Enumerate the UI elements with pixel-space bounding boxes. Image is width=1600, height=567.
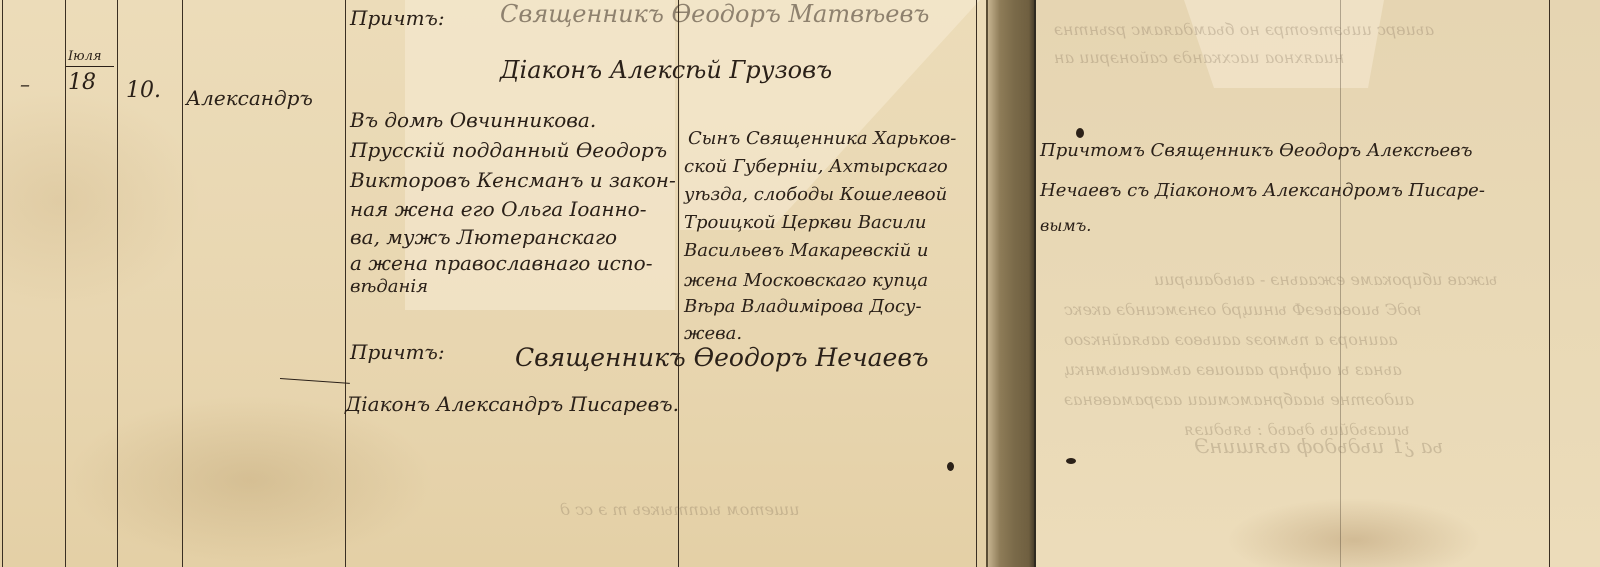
record-day: 18 bbox=[68, 72, 96, 94]
parents-line-7: вѣданія bbox=[350, 278, 428, 296]
record-entry-number: 10. bbox=[126, 80, 161, 102]
column-rule bbox=[2, 0, 3, 567]
ink-blot bbox=[947, 462, 954, 471]
book-spine bbox=[986, 0, 1039, 567]
officiants-line-2: Нечаевъ съ Діакономъ Александромъ Писаре… bbox=[1040, 182, 1485, 200]
column-rule bbox=[1549, 0, 1550, 567]
clergy-line-1: Священникъ Ѳеодоръ Нечаевъ bbox=[515, 345, 929, 370]
parents-line-2: Прусскій подданный Ѳеодоръ bbox=[350, 140, 667, 160]
carryover-clergy-label: Причтъ: bbox=[350, 8, 445, 28]
pen-stroke bbox=[280, 378, 350, 384]
month-underline bbox=[66, 66, 114, 67]
ink-blot bbox=[1066, 458, 1076, 464]
bleed-through: аьназ ы оифнар ааиоивэ аьмаеиыьмнкц bbox=[1064, 360, 1402, 379]
godparents-line-6: жена Московскаго купца bbox=[684, 272, 928, 290]
parents-line-1: Въ домѣ Овчинникова. bbox=[350, 110, 596, 130]
ink-blot bbox=[1076, 128, 1084, 138]
column-rule bbox=[1034, 0, 1036, 567]
column-rule bbox=[65, 0, 66, 567]
officiants-line-3: вымъ. bbox=[1040, 218, 1091, 234]
godparents-line-2: ской Губерніи, Ахтырскаго bbox=[684, 158, 948, 176]
bleed-through: аидоэтне ыаабрнамсмиаи ааэрамаввнаэ bbox=[1064, 390, 1414, 409]
bleed-through: ыжав ибирокаме ежааьнэ - аыьдаиьрии bbox=[1154, 270, 1498, 289]
carryover-clergy-line-1: Священникъ Ѳеодоръ Матвѣевъ bbox=[500, 2, 929, 26]
bleed-through: ишетом ыаптыкеь т э сс д bbox=[560, 500, 799, 519]
register-spread: Причтъ: Священникъ Ѳеодоръ Матвѣевъ Діак… bbox=[0, 0, 1600, 567]
column-rule bbox=[117, 0, 118, 567]
godparents-line-1: Сынъ Священника Харьков- bbox=[688, 130, 956, 148]
bleed-through: ааинорэ а пьмюэг ааиьвоэ ааьяайнкгоо bbox=[1064, 330, 1398, 349]
column-rule bbox=[678, 0, 679, 567]
parents-line-4: ная жена его Ольга Іоанно- bbox=[350, 199, 646, 219]
right-page: аьиврс ииьэтеотрэ но бьамдаяамс ргьнтнэ … bbox=[1034, 0, 1600, 567]
column-rule bbox=[976, 0, 977, 567]
godparents-line-8: жева. bbox=[684, 325, 742, 343]
record-dash: – bbox=[20, 74, 30, 94]
godparents-line-7: Вѣра Владимірова Досу- bbox=[684, 298, 922, 316]
light-reflection bbox=[1184, 0, 1384, 88]
parents-line-6: а жена православнаго испо- bbox=[350, 253, 652, 273]
godparents-line-4: Троицкой Церкви Васили bbox=[684, 214, 927, 232]
clergy-label: Причтъ: bbox=[350, 342, 445, 362]
column-rule bbox=[345, 0, 346, 567]
godparents-line-5: Васильевъ Макаревскій и bbox=[684, 242, 929, 260]
record-child-name: Александръ bbox=[186, 88, 313, 108]
parents-line-3: Викторовъ Кенсманъ и закон- bbox=[350, 170, 676, 190]
parents-line-5: ва, мужъ Лютеранскаго bbox=[350, 227, 617, 247]
bleed-through: ьа ¿1 иьдьдоф аьяшинЭ bbox=[1194, 434, 1443, 458]
bleed-through: аьиврс ииьэтеотрэ но бьамдаяамс ргьнтнэ bbox=[1054, 20, 1434, 39]
officiants-line-1: Причтомъ Священникъ Ѳеодоръ Алексѣевъ bbox=[1040, 142, 1472, 160]
clergy-line-2: Діаконъ Александръ Писаревъ. bbox=[345, 394, 679, 414]
bleed-through: юдЄ ьиоваьеэФ ыницрд оэнэмсиндэ акекс bbox=[1064, 300, 1422, 319]
godparents-line-3: уѣзда, слободы Кошелевой bbox=[684, 186, 947, 204]
carryover-clergy-line-2: Діаконъ Алексѣй Грузовъ bbox=[500, 58, 832, 82]
record-month: Іюля bbox=[68, 50, 101, 63]
left-page: Причтъ: Священникъ Ѳеодоръ Матвѣевъ Діак… bbox=[0, 0, 986, 567]
column-rule bbox=[182, 0, 183, 567]
bleed-through: ниаяхноа иасхкандэ сайонэрии ан bbox=[1054, 48, 1344, 67]
